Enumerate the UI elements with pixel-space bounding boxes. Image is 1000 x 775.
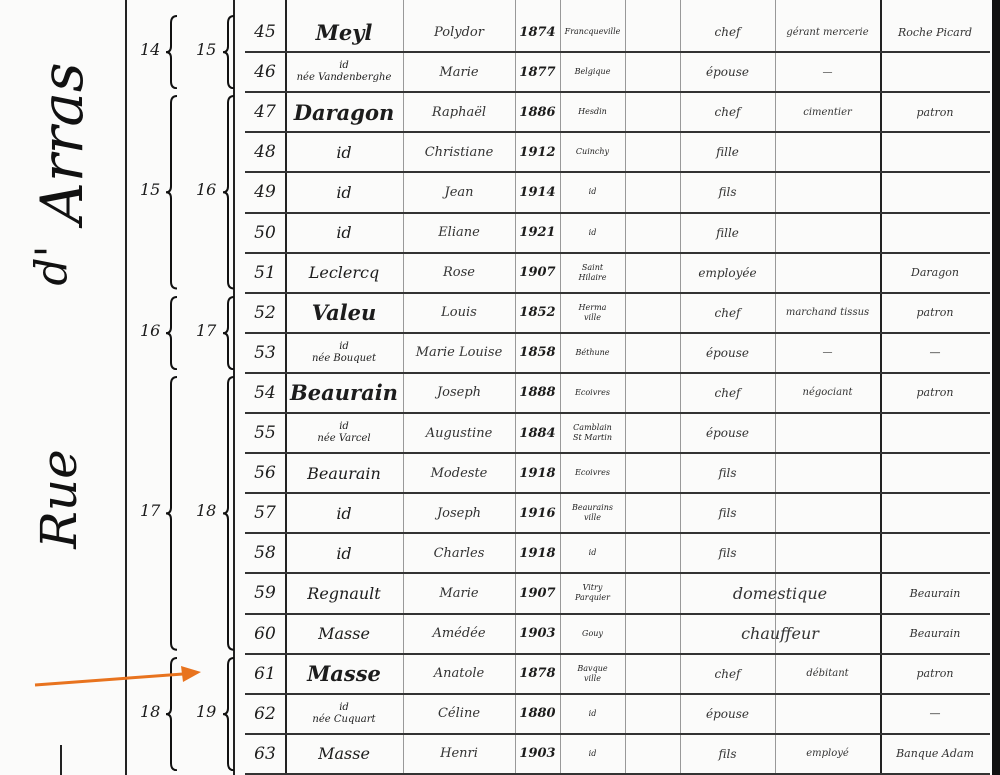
menage-number: 19	[196, 702, 216, 721]
employer	[880, 533, 990, 573]
row-number: 61	[245, 654, 285, 694]
surname-cell: Beaurain	[285, 453, 403, 493]
row-number: 63	[245, 734, 285, 774]
employer: Beaurain	[880, 573, 990, 613]
given-name: Céline	[403, 694, 515, 734]
occupation	[775, 453, 880, 493]
given-name: Louis	[403, 293, 515, 333]
relation: fils	[680, 172, 775, 212]
birthplace: VitryParquier	[560, 573, 625, 613]
birthplace: CamblainSt Martin	[560, 413, 625, 453]
employer: Roche Picard	[880, 12, 990, 52]
surname-cell: Masse	[285, 734, 403, 774]
birthplace: SaintHilaire	[560, 253, 625, 293]
birthplace: Hermaville	[560, 293, 625, 333]
row-number: 45	[245, 12, 285, 52]
birth-year: 1907	[515, 573, 560, 613]
given-name: Marie	[403, 52, 515, 92]
occupation	[775, 533, 880, 573]
given-name: Amédée	[403, 614, 515, 654]
row-number: 46	[245, 52, 285, 92]
row-number: 47	[245, 92, 285, 132]
street-name-of: d'	[27, 236, 78, 296]
birthplace: id	[560, 734, 625, 774]
maiden-name: née Varcel	[317, 433, 370, 445]
employer	[880, 52, 990, 92]
birthplace-line: Camblain	[573, 423, 612, 433]
column-rule	[125, 0, 127, 775]
occupation: cimentier	[775, 92, 880, 132]
birthplace-line: Hilaire	[579, 273, 607, 283]
surname-cell: id	[285, 213, 403, 253]
surname: id	[339, 341, 349, 353]
given-name: Polydor	[403, 12, 515, 52]
birthplace: Bavqueville	[560, 654, 625, 694]
surname-cell: idnée Vandenberghe	[285, 52, 403, 92]
given-name: Charles	[403, 533, 515, 573]
menage-number: 15	[196, 40, 216, 59]
street-name-arras: Arras	[28, 64, 96, 224]
relation: fils	[680, 533, 775, 573]
birthplace-line: Gouy	[582, 629, 603, 639]
street-name-rue: Rue	[30, 444, 88, 554]
row-number: 54	[245, 373, 285, 413]
occupation	[775, 493, 880, 533]
menage-number: 16	[196, 180, 216, 199]
occupation: —	[775, 333, 880, 373]
relation: fille	[680, 213, 775, 253]
annotation-arrow-icon	[33, 666, 203, 690]
menage-brace-icon	[222, 376, 236, 651]
given-name: Eliane	[403, 213, 515, 253]
relation: domestique	[680, 573, 880, 613]
birthplace-line: id	[589, 749, 597, 759]
birthplace-line: Cuinchy	[576, 147, 609, 157]
given-name: Rose	[403, 253, 515, 293]
row-number: 58	[245, 533, 285, 573]
birth-year: 1880	[515, 694, 560, 734]
employer: —	[880, 694, 990, 734]
occupation	[775, 213, 880, 253]
birth-year: 1914	[515, 172, 560, 212]
relation: fille	[680, 132, 775, 172]
birthplace: Hesdin	[560, 92, 625, 132]
surname-cell: idnée Varcel	[285, 413, 403, 453]
birthplace-line: Béthune	[575, 348, 609, 358]
birth-year: 1884	[515, 413, 560, 453]
birthplace-line: Ecoivres	[575, 388, 610, 398]
employer: patron	[880, 293, 990, 333]
occupation: marchand tissus	[775, 293, 880, 333]
birthplace: Gouy	[560, 614, 625, 654]
row-number: 60	[245, 614, 285, 654]
menage-number: 18	[196, 501, 216, 520]
row-number: 57	[245, 493, 285, 533]
birth-year: 1903	[515, 614, 560, 654]
given-name: Henri	[403, 734, 515, 774]
relation: épouse	[680, 52, 775, 92]
occupation	[775, 132, 880, 172]
occupation: débitant	[775, 654, 880, 694]
given-name: Joseph	[403, 493, 515, 533]
birthplace-line: Parquier	[575, 593, 610, 603]
birthplace: Belgique	[560, 52, 625, 92]
surname-cell: idnée Bouquet	[285, 333, 403, 373]
birthplace: id	[560, 533, 625, 573]
birth-year: 1852	[515, 293, 560, 333]
house-number: 16	[140, 321, 160, 340]
employer: Banque Adam	[880, 734, 990, 774]
relation: fils	[680, 453, 775, 493]
house-brace-icon	[165, 376, 179, 651]
birthplace-line: Francqueville	[565, 27, 621, 37]
menage-number: 17	[196, 321, 216, 340]
birth-year: 1921	[515, 213, 560, 253]
birth-year: 1918	[515, 453, 560, 493]
given-name: Marie	[403, 573, 515, 613]
employer	[880, 213, 990, 253]
relation: épouse	[680, 694, 775, 734]
birth-year: 1874	[515, 12, 560, 52]
relation: chef	[680, 293, 775, 333]
occupation	[775, 172, 880, 212]
given-name: Jean	[403, 172, 515, 212]
relation: fils	[680, 734, 775, 774]
given-name: Augustine	[403, 413, 515, 453]
employer: —	[880, 333, 990, 373]
birth-year: 1912	[515, 132, 560, 172]
column-rule	[625, 0, 626, 775]
house-brace-icon	[165, 15, 179, 89]
employer	[880, 172, 990, 212]
birth-year: 1877	[515, 52, 560, 92]
birthplace-line: id	[589, 228, 597, 238]
row-number: 48	[245, 132, 285, 172]
occupation: —	[775, 52, 880, 92]
employer: patron	[880, 92, 990, 132]
birth-year: 1858	[515, 333, 560, 373]
birthplace-line: Herma	[579, 303, 607, 313]
row-number: 50	[245, 213, 285, 253]
surname-cell: idnée Cuquart	[285, 694, 403, 734]
birthplace: Ecoivres	[560, 373, 625, 413]
birthplace-line: Bavque	[577, 664, 607, 674]
employer	[880, 132, 990, 172]
birthplace-line: Vitry	[583, 583, 603, 593]
birthplace-line: St Martin	[573, 433, 612, 443]
given-name: Christiane	[403, 132, 515, 172]
menage-brace-icon	[222, 296, 236, 370]
surname: id	[339, 421, 349, 433]
surname-cell: Regnault	[285, 573, 403, 613]
birthplace-line: Beaurains	[572, 503, 613, 513]
birthplace: Cuinchy	[560, 132, 625, 172]
menage-brace-icon	[222, 95, 236, 290]
birthplace-line: id	[589, 548, 597, 558]
row-number: 59	[245, 573, 285, 613]
relation: chauffeur	[680, 614, 880, 654]
birthplace-line: id	[589, 709, 597, 719]
relation: chef	[680, 92, 775, 132]
birthplace-line: Hesdin	[578, 107, 607, 117]
birthplace: Béthune	[560, 333, 625, 373]
birthplace: id	[560, 172, 625, 212]
surname-cell: Masse	[285, 614, 403, 654]
relation: chef	[680, 654, 775, 694]
birth-year: 1886	[515, 92, 560, 132]
relation: épouse	[680, 333, 775, 373]
occupation: gérant mercerie	[775, 12, 880, 52]
row-number: 49	[245, 172, 285, 212]
birth-year: 1878	[515, 654, 560, 694]
employer: patron	[880, 654, 990, 694]
page-edge	[992, 0, 1000, 775]
occupation	[775, 694, 880, 734]
surname-cell: id	[285, 132, 403, 172]
birth-year: 1916	[515, 493, 560, 533]
house-brace-icon	[165, 95, 179, 290]
birth-year: 1907	[515, 253, 560, 293]
given-name: Marie Louise	[403, 333, 515, 373]
given-name: Anatole	[403, 654, 515, 694]
menage-brace-icon	[222, 657, 236, 771]
maiden-name: née Cuquart	[312, 714, 375, 726]
relation: employée	[680, 253, 775, 293]
house-number: 15	[140, 180, 160, 199]
street-label-column: Arras d' Rue	[0, 0, 125, 775]
house-number: 18	[140, 702, 160, 721]
surname-cell: id	[285, 172, 403, 212]
occupation	[775, 413, 880, 453]
birthplace: id	[560, 694, 625, 734]
census-register-page: Arras d' Rue 45MeylPolydor1874Francquevi…	[0, 0, 1000, 775]
column-rule	[60, 745, 62, 775]
employer	[880, 493, 990, 533]
employer: Daragon	[880, 253, 990, 293]
row-number: 55	[245, 413, 285, 453]
surname: id	[339, 60, 349, 72]
occupation: employé	[775, 734, 880, 774]
surname-cell: Masse	[285, 654, 403, 694]
birthplace: id	[560, 213, 625, 253]
birthplace-line: id	[589, 187, 597, 197]
surname-cell: Leclercq	[285, 253, 403, 293]
house-brace-icon	[165, 296, 179, 370]
relation: épouse	[680, 413, 775, 453]
relation: chef	[680, 12, 775, 52]
given-name: Raphaël	[403, 92, 515, 132]
birthplace: Francqueville	[560, 12, 625, 52]
birthplace-line: ville	[584, 313, 601, 323]
row-number: 53	[245, 333, 285, 373]
maiden-name: née Bouquet	[312, 353, 376, 365]
row-number: 56	[245, 453, 285, 493]
surname-cell: Meyl	[285, 12, 403, 52]
relation: chef	[680, 373, 775, 413]
birthplace: Ecoivres	[560, 453, 625, 493]
employer: Beaurain	[880, 614, 990, 654]
surname-cell: id	[285, 493, 403, 533]
given-name: Joseph	[403, 373, 515, 413]
birthplace-line: Ecoivres	[575, 468, 610, 478]
employer: patron	[880, 373, 990, 413]
surname-cell: Beaurain	[285, 373, 403, 413]
menage-brace-icon	[222, 15, 236, 89]
row-number: 52	[245, 293, 285, 333]
given-name: Modeste	[403, 453, 515, 493]
birth-year: 1888	[515, 373, 560, 413]
birthplace-line: ville	[584, 513, 601, 523]
row-number: 62	[245, 694, 285, 734]
birthplace-line: Saint	[582, 263, 603, 273]
house-number: 14	[140, 40, 160, 59]
maiden-name: née Vandenberghe	[297, 72, 392, 84]
birth-year: 1903	[515, 734, 560, 774]
occupation: négociant	[775, 373, 880, 413]
birthplace: Beaurainsville	[560, 493, 625, 533]
relation: fils	[680, 493, 775, 533]
row-number: 51	[245, 253, 285, 293]
employer	[880, 413, 990, 453]
surname-cell: Daragon	[285, 92, 403, 132]
occupation	[775, 253, 880, 293]
employer	[880, 453, 990, 493]
surname-cell: Valeu	[285, 293, 403, 333]
birthplace-line: Belgique	[575, 67, 611, 77]
surname: id	[339, 702, 349, 714]
birth-year: 1918	[515, 533, 560, 573]
house-number: 17	[140, 501, 160, 520]
surname-cell: id	[285, 533, 403, 573]
birthplace-line: ville	[584, 674, 601, 684]
